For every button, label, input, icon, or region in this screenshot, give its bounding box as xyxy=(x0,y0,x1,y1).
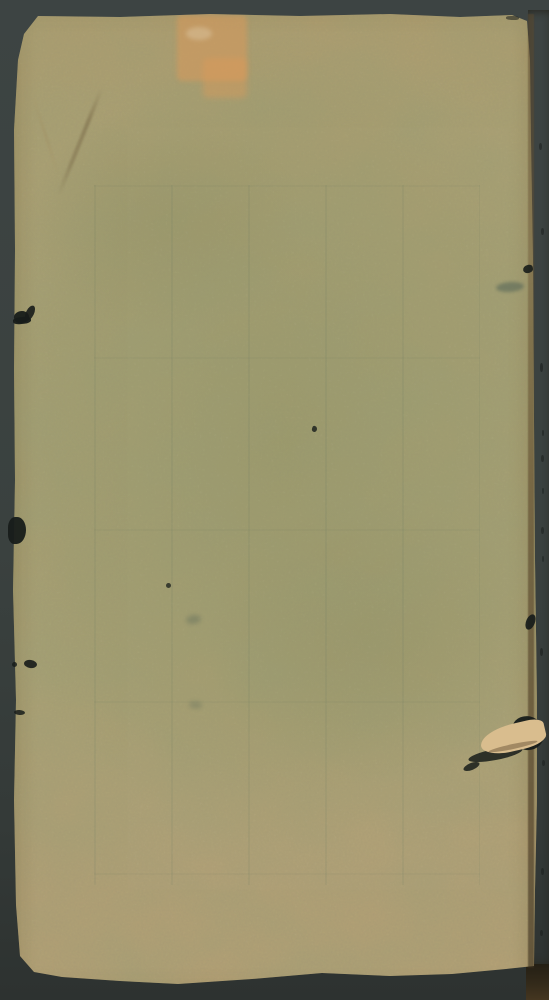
blank-book-page xyxy=(0,0,549,1000)
book-edge-shadow xyxy=(526,964,549,1000)
seal-worn-patch xyxy=(186,27,212,40)
ruled-grid-showthrough xyxy=(94,185,480,885)
gutter-crease xyxy=(528,14,534,968)
book-scan-photo xyxy=(0,0,549,1000)
faded-seal-stamp-tail xyxy=(203,58,247,98)
